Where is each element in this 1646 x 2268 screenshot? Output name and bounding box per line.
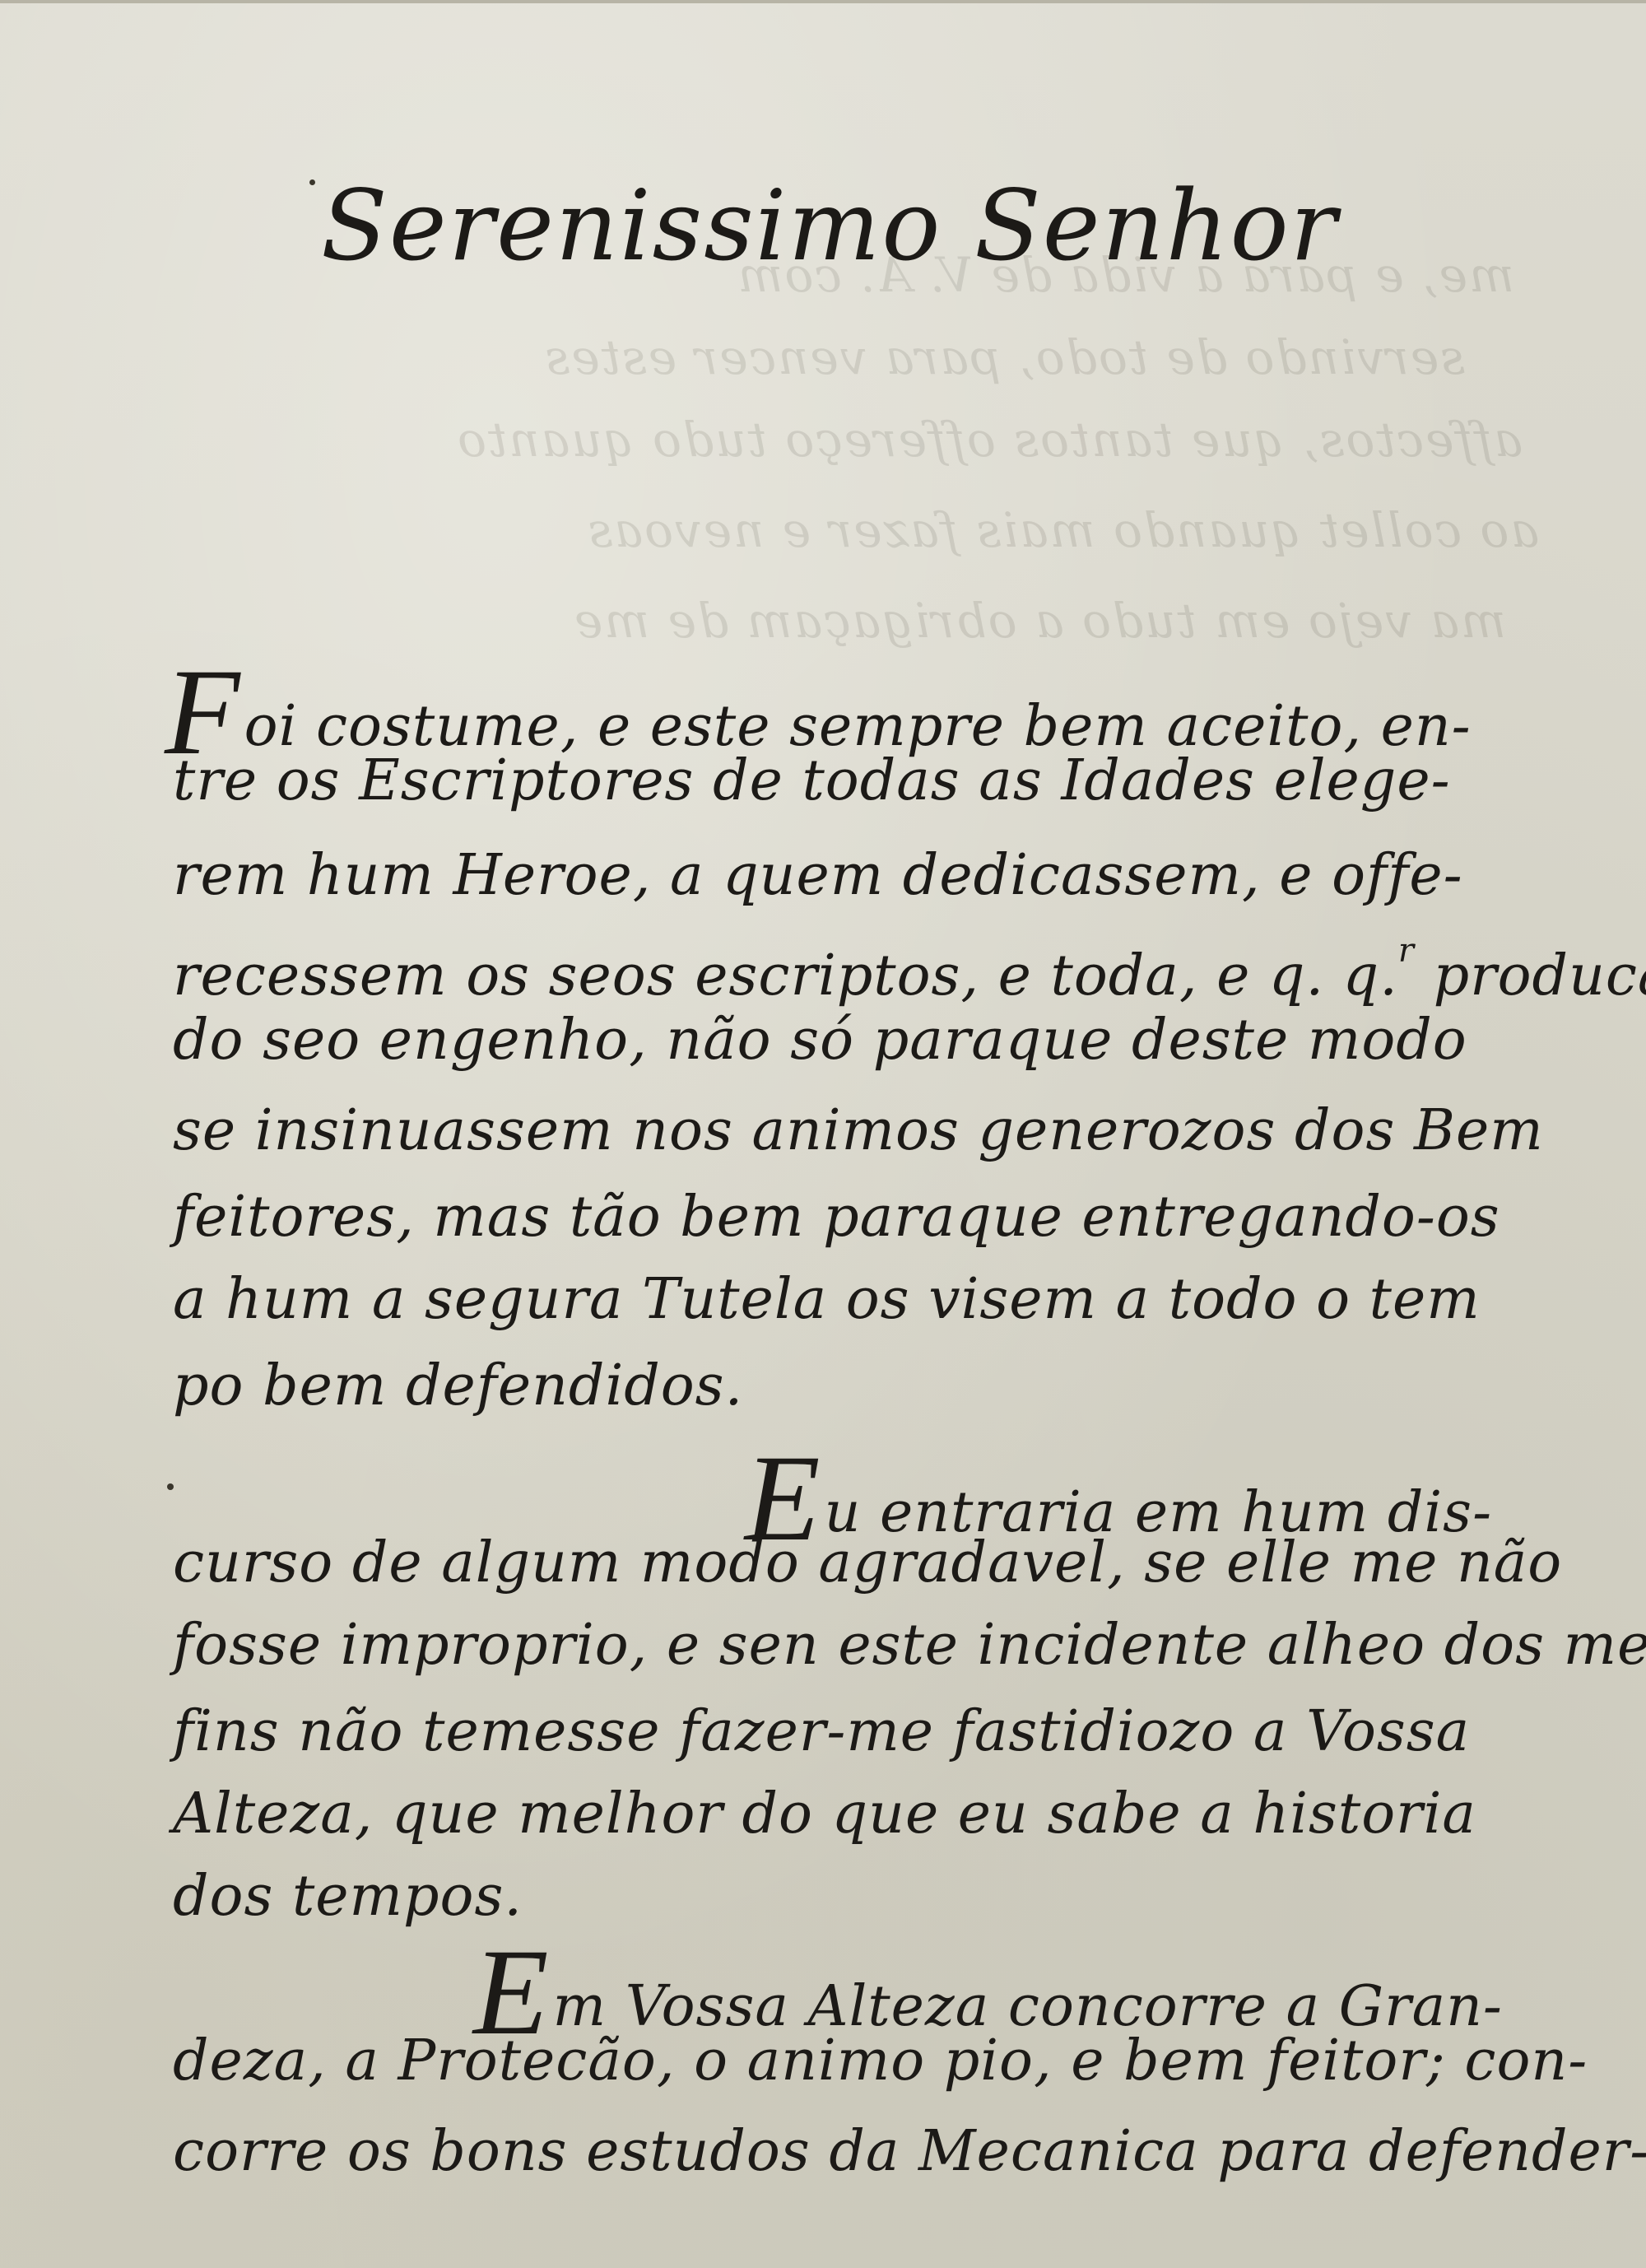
bleed-line: ma vejo em tudo a obrigaçam de me: [573, 593, 1506, 649]
ink-speck: [309, 179, 315, 185]
manuscript-line: Alteza, que melhor do que eu sabe a hist…: [173, 1786, 1476, 1842]
bleed-line: affectos, que tantos offereço tudo quant…: [456, 412, 1523, 468]
bleed-line: servindo de todo, para vencer estes: [544, 329, 1465, 385]
manuscript-line: rem hum Heroe, a quem dedicassem, e offe…: [173, 848, 1463, 904]
superscript-abbrev: r: [1398, 932, 1415, 970]
manuscript-line: fosse improprio, e sen este incidente al…: [173, 1618, 1646, 1674]
line-text: recessem os seos escriptos, e toda, e q.…: [173, 943, 1398, 1008]
ink-speck: [167, 1483, 174, 1490]
manuscript-line: a hum a segura Tutela os visem a todo o …: [173, 1272, 1481, 1328]
line-text: producão: [1415, 943, 1646, 1008]
manuscript-line: fins não temesse fazer-me fastidiozo a V…: [173, 1704, 1470, 1760]
bleed-line: ao collet quando mais fazer e nevoas: [587, 502, 1539, 558]
manuscript-line: po bem defendidos.: [173, 1358, 743, 1414]
salutation-text: Serenissimo Senhor: [321, 169, 1338, 282]
manuscript-line: recessem os seos escriptos, e toda, e q.…: [173, 934, 1646, 1004]
manuscript-line: feitores, mas tão bem paraque entregando…: [173, 1190, 1500, 1246]
manuscript-line: se insinuassem nos animos generozos dos …: [173, 1103, 1544, 1159]
manuscript-page: me, e para a vida de V. A. com servindo …: [0, 0, 1646, 2268]
manuscript-line: tre os Escriptores de todas as Idades el…: [173, 753, 1451, 809]
manuscript-line: do seo engenho, não só paraque deste mod…: [173, 1013, 1467, 1069]
manuscript-line: dos tempos.: [173, 1869, 523, 1925]
salutation-title: Serenissimo Senhor: [321, 169, 1338, 282]
page-top-edge: [0, 0, 1646, 3]
manuscript-line: corre os bons estudos da Mecanica para d…: [173, 2124, 1646, 2180]
manuscript-line: curso de algum modo agradavel, se elle m…: [173, 1535, 1562, 1591]
manuscript-line: deza, a Protecão, o animo pio, e bem fei…: [173, 2033, 1588, 2089]
